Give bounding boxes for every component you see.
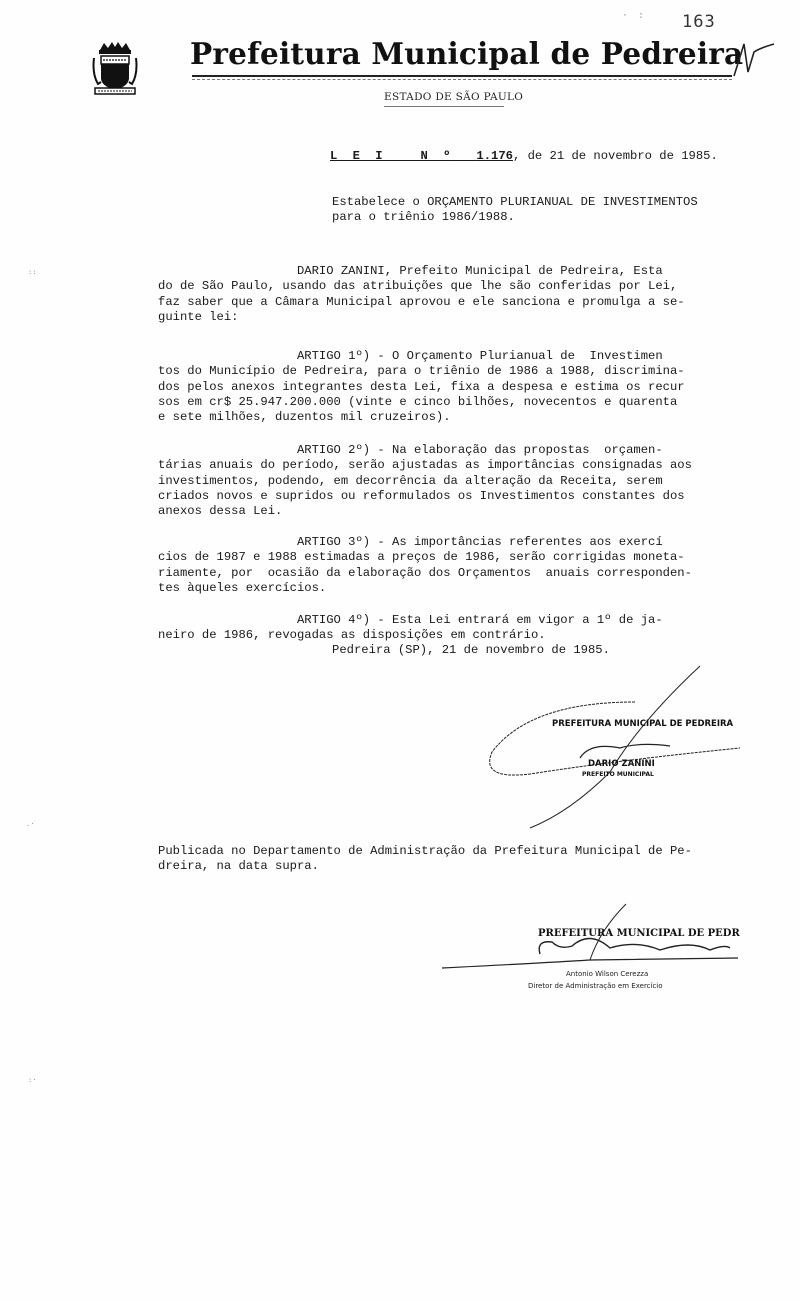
text-line: ARTIGO 1º) - O Orçamento Plurianual de I… [158, 349, 758, 364]
director-title: Diretor de Administração em Exercício [528, 982, 663, 990]
text-line: do de São Paulo, usando das atribuições … [158, 279, 758, 294]
law-number: 1.176 [476, 149, 513, 163]
text-line: tárias anuais do período, serão ajustada… [158, 458, 758, 473]
text-line: guinte lei: [158, 310, 758, 325]
law-label: L E I N º [330, 149, 454, 163]
state-subtitle: ESTADO DE SÃO PAULO [384, 91, 523, 103]
margin-mark: .· [26, 820, 34, 828]
law-heading: L E I N º 1.176, de 21 de novembro de 19… [330, 149, 718, 164]
article-1: ARTIGO 1º) - O Orçamento Plurianual de I… [158, 334, 758, 440]
text-line: riamente, por ocasião da elaboração dos … [158, 566, 758, 581]
text-line: Publicada no Departamento de Administraç… [158, 844, 758, 859]
text-line: cios de 1987 e 1988 estimadas a preços d… [158, 550, 758, 565]
page-number: 163 [682, 12, 716, 32]
law-ementa: Estabelece o ORÇAMENTO PLURIANUAL DE INV… [332, 195, 698, 225]
ementa-line: para o triênio 1986/1988. [332, 210, 698, 225]
text-line: dos pelos anexos integrantes desta Lei, … [158, 380, 758, 395]
title-rule-secondary [192, 79, 732, 80]
director-signature: PREFEITURA MUNICIPAL DE PEDREIRA Antonio… [440, 900, 740, 1000]
publication-note: Publicada no Departamento de Administraç… [158, 829, 758, 890]
mayor-stamp: PREFEITURA MUNICIPAL DE PEDREIRA [552, 719, 734, 729]
text-line: e sete milhões, duzentos mil cruzeiros). [158, 410, 758, 425]
text-line: sos em cr$ 25.947.200.000 (vinte e cinco… [158, 395, 758, 410]
text-line: tos do Município de Pedreira, para o tri… [158, 364, 758, 379]
text-line: ARTIGO 2º) - Na elaboração das propostas… [158, 443, 758, 458]
municipal-coat-of-arms-icon [92, 40, 138, 96]
text-line: neiro de 1986, revogadas as disposições … [158, 628, 758, 643]
margin-mark: :· [28, 1076, 36, 1084]
ementa-line: Estabelece o ORÇAMENTO PLURIANUAL DE INV… [332, 195, 698, 210]
text-line: investimentos, podendo, em decorrência d… [158, 474, 758, 489]
text-line: DARIO ZANINI, Prefeito Municipal de Pedr… [158, 264, 758, 279]
handwritten-initials-icon [730, 38, 780, 80]
law-date: , de 21 de novembro de 1985. [513, 149, 718, 163]
state-rule [384, 106, 504, 107]
intro-paragraph: DARIO ZANINI, Prefeito Municipal de Pedr… [158, 249, 758, 340]
margin-mark: :: [28, 268, 36, 276]
mayor-signature: PREFEITURA MUNICIPAL DE PEDREIRA DARIO Z… [470, 662, 740, 830]
scan-noise: ·: [622, 10, 654, 21]
place-date: Pedreira (SP), 21 de novembro de 1985. [332, 643, 610, 658]
text-line: criados novos e supridos ou reformulados… [158, 489, 758, 504]
text-line: ARTIGO 4º) - Esta Lei entrará em vigor a… [158, 613, 758, 628]
text-line: faz saber que a Câmara Municipal aprovou… [158, 295, 758, 310]
text-line: dreira, na data supra. [158, 859, 758, 874]
text-line: tes àqueles exercícios. [158, 581, 758, 596]
text-line: ARTIGO 3º) - As importâncias referentes … [158, 535, 758, 550]
mayor-title: PREFEITO MUNICIPAL [582, 771, 654, 778]
director-stamp: PREFEITURA MUNICIPAL DE PEDREIRA [538, 928, 740, 939]
article-2: ARTIGO 2º) - Na elaboração das propostas… [158, 428, 758, 534]
director-name: Antonio Wilson Cerezza [566, 970, 648, 978]
institution-title: Prefeitura Municipal de Pedreira [190, 36, 743, 71]
text-line: anexos dessa Lei. [158, 504, 758, 519]
title-rule [192, 75, 732, 77]
mayor-name: DARIO ZANINI [588, 759, 655, 769]
